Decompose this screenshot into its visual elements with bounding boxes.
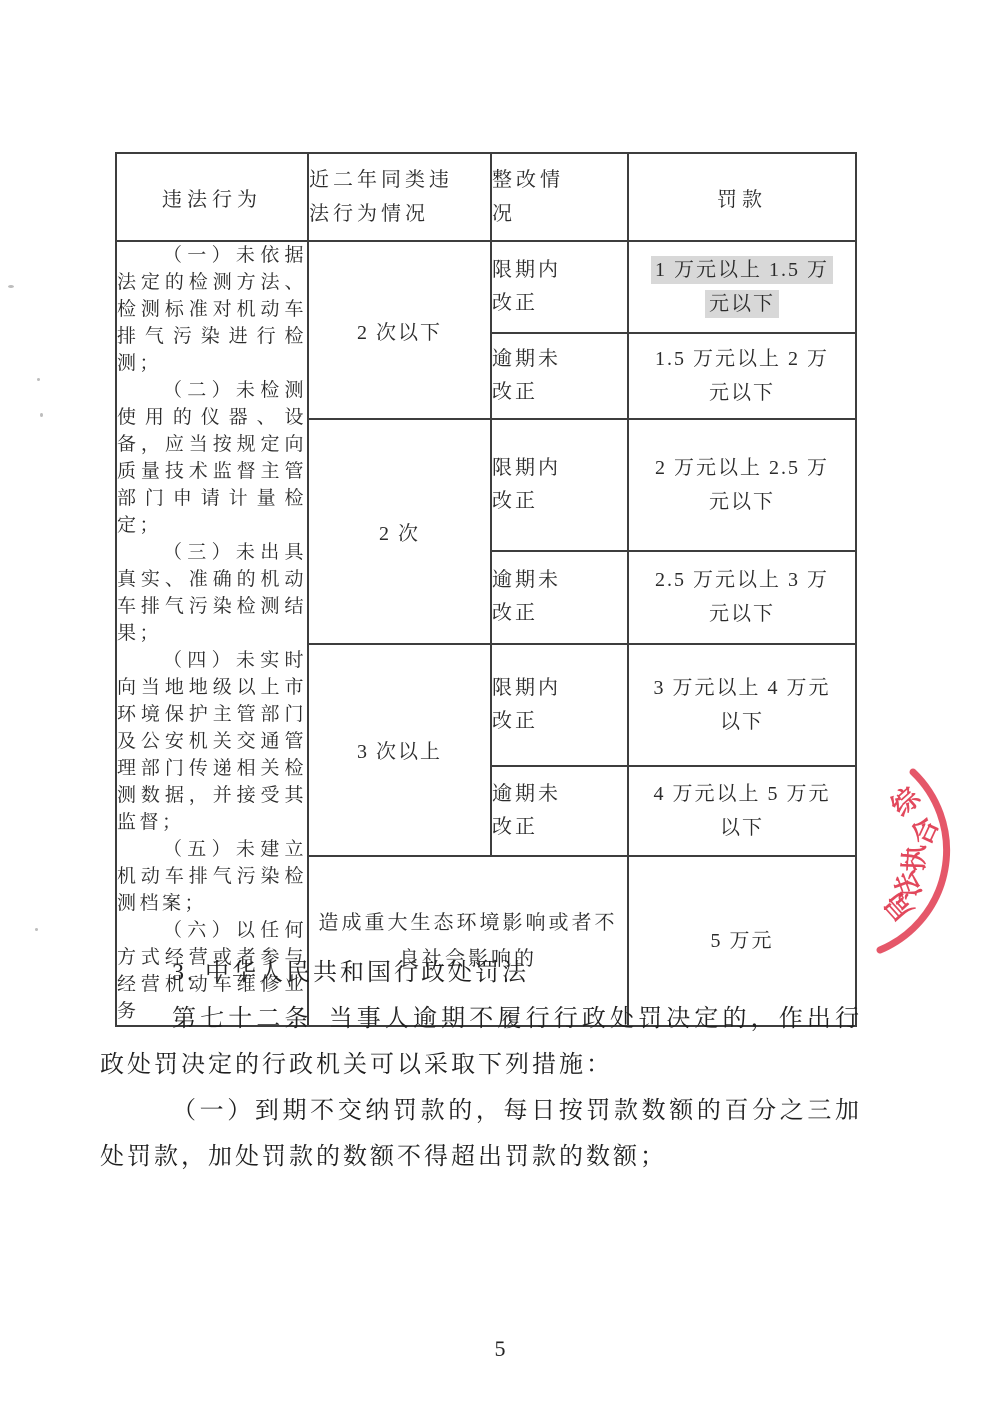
rectification-cell: 逾期未 改正 (491, 551, 628, 644)
rectification-cell: 限期内 改正 (491, 419, 628, 551)
header-rectification: 整改情 况 (491, 153, 628, 241)
fine-cell: 2 万元以上 2.5 万 元以下 (628, 419, 856, 551)
article-paragraph: 第七十二条当事人逾期不履行行政处罚决定的，作出行政处罚决定的行政机关可以采取下列… (100, 996, 862, 1088)
violation-item-1: （一）未依据法定的检测方法、检测标准对机动车排气污染进行检测； (117, 242, 307, 377)
rectification-cell: 逾期未 改正 (491, 766, 628, 856)
official-seal-stamp: 综 合 执 法 局 (855, 740, 1000, 980)
fine-cell: 3 万元以上 4 万元 以下 (628, 644, 856, 767)
frequency-cell: 3 次以上 (308, 644, 491, 857)
stamp-arc (855, 740, 1000, 980)
fine-cell: 1.5 万元以上 2 万 元以下 (628, 333, 856, 419)
rectification-cell: 逾期未 改正 (491, 333, 628, 419)
table-header-row: 违法行为 近二年同类违 法行为情况 整改情 况 罚款 (116, 153, 856, 241)
penalty-table: 违法行为 近二年同类违 法行为情况 整改情 况 罚款 （一）未依据法定的检测方法… (115, 152, 857, 1027)
fine-cell: 2.5 万元以上 3 万 元以下 (628, 551, 856, 644)
stamp-character: 局 (873, 885, 920, 931)
fine-cell: 4 万元以上 5 万元 以下 (628, 766, 856, 856)
scan-speck (8, 285, 14, 288)
stamp-character: 法 (883, 867, 929, 906)
law-item-title: 3. 中华人民共和国行政处罚法 (100, 950, 862, 996)
stamp-character: 综 (881, 776, 927, 823)
violation-item-4: （四）未实时向当地地级以上市环境保护主管部门及公安机关交通管理部门传递相关检测数… (117, 647, 307, 836)
frequency-cell: 2 次以下 (308, 241, 491, 419)
page-number: 5 (0, 1336, 1000, 1362)
fine-line-1: 1 万元以上 1.5 万 (651, 256, 833, 284)
header-violation: 违法行为 (116, 153, 308, 241)
clause-paragraph: （一）到期不交纳罚款的，每日按罚款数额的百分之三加处罚款，加处罚款的数额不得超出… (100, 1088, 862, 1180)
violation-item-5: （五）未建立机动车排气污染检测档案； (117, 836, 307, 917)
violation-item-3: （三）未出具真实、准确的机动车排气污染检测结果； (117, 539, 307, 647)
article-label: 第七十二条 (172, 1006, 313, 1032)
scan-speck (37, 378, 40, 381)
table-row: （一）未依据法定的检测方法、检测标准对机动车排气污染进行检测； （二）未检测使用… (116, 241, 856, 333)
fine-cell-highlighted: 1 万元以上 1.5 万 元以下 (628, 241, 856, 333)
violation-item-2: （二）未检测使用的仪器、设备，应当按规定向质量技术监督主管部门申请计量检定； (117, 377, 307, 539)
document-page: 违法行为 近二年同类违 法行为情况 整改情 况 罚款 （一）未依据法定的检测方法… (0, 0, 1000, 1414)
stamp-character: 合 (900, 810, 947, 851)
scan-speck (40, 413, 43, 417)
violations-cell: （一）未依据法定的检测方法、检测标准对机动车排气污染进行检测； （二）未检测使用… (116, 241, 308, 1026)
highlighted-fine: 1 万元以上 1.5 万 元以下 (629, 253, 855, 321)
header-frequency: 近二年同类违 法行为情况 (308, 153, 491, 241)
rectification-cell: 限期内 改正 (491, 241, 628, 333)
fine-line-2: 元以下 (705, 290, 779, 318)
body-text: 3. 中华人民共和国行政处罚法 第七十二条当事人逾期不履行行政处罚决定的，作出行… (100, 950, 862, 1180)
frequency-cell: 2 次 (308, 419, 491, 644)
scan-speck (35, 928, 38, 931)
rectification-cell: 限期内 改正 (491, 644, 628, 767)
stamp-character: 执 (892, 844, 932, 872)
header-fine: 罚款 (628, 153, 856, 241)
